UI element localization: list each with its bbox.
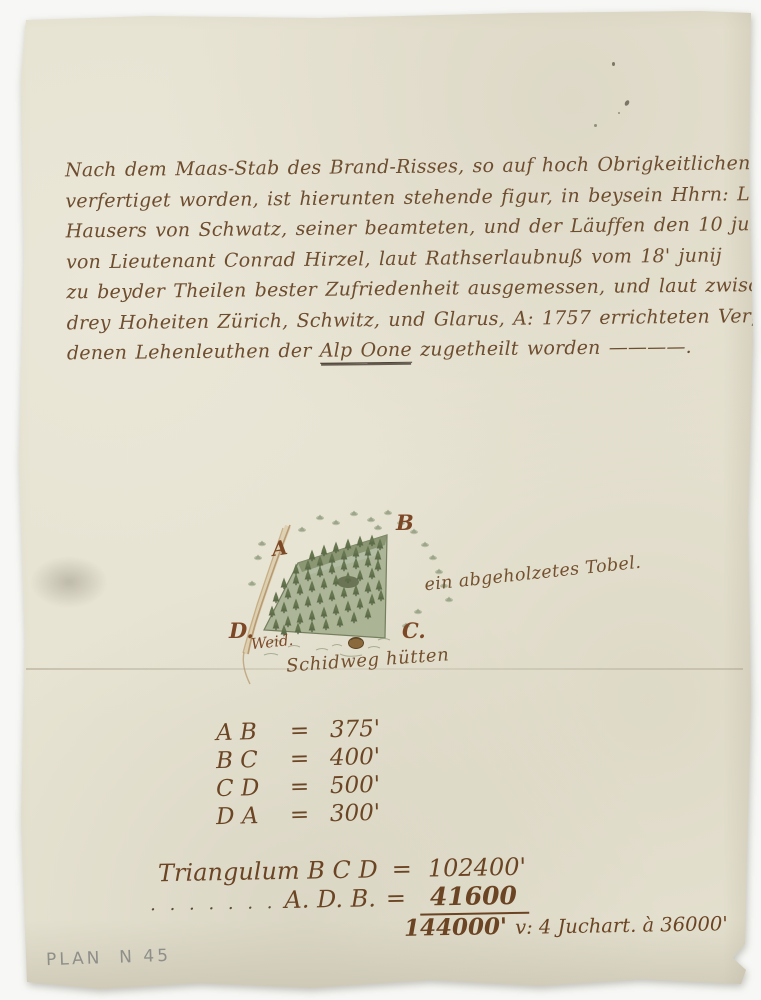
measurement-label: C D [216, 774, 291, 802]
equals-sign: = [290, 717, 331, 744]
paragraph-line7-suffix: zugetheilt worden ————. [412, 336, 692, 361]
corner-label-c: C. [402, 618, 426, 643]
scanned-document-page: Nach dem Maas-Stab des Brand-Risses, so … [0, 0, 761, 1000]
total-note: v: 4 Juchart. à 36000' [515, 912, 728, 939]
equals-sign: = [290, 745, 331, 772]
measurement-label: D A [216, 802, 291, 830]
paragraph-line7-prefix: denen Lehenleuthen der [67, 340, 320, 365]
measurement-value: 400' [330, 744, 381, 771]
measurement-row: A B = 375' [216, 716, 381, 746]
underlined-alp-name: Alp Oone [320, 339, 412, 364]
measurement-value: 375' [330, 716, 381, 743]
paper-sheet-wrap: Nach dem Maas-Stab des Brand-Risses, so … [0, 0, 761, 1000]
triangulum-value: 102400' [428, 853, 527, 883]
equals-sign: = [386, 884, 407, 912]
equals-sign: = [290, 773, 331, 800]
ink-speck [624, 99, 630, 106]
adb-value: 41600 [420, 881, 530, 916]
measurement-row: C D = 500' [216, 772, 381, 802]
measurement-label: B C [216, 746, 291, 774]
total-value: 144000' [404, 913, 508, 942]
equals-sign: = [290, 801, 331, 828]
handwritten-paragraph: Nach dem Maas-Stab des Brand-Risses, so … [65, 149, 717, 369]
measurement-label: A B [216, 718, 291, 746]
corner-label-a: A [270, 535, 289, 561]
corner-label-b: B [396, 510, 414, 535]
paper-sheet: Nach dem Maas-Stab des Brand-Risses, so … [0, 0, 761, 1000]
measurement-row: B C = 400' [216, 744, 381, 774]
archival-pencil-note: PLAN N 45 [46, 946, 172, 970]
leader-dots: . . . . . . . [150, 892, 277, 915]
adb-label: A. D. B. [284, 884, 376, 914]
smudge-stain [30, 556, 108, 608]
ink-speck [594, 124, 597, 127]
measurement-value: 500' [330, 772, 381, 799]
measurement-value: 300' [330, 800, 381, 827]
paragraph-line: denen Lehenleuthen der Alp Oone zugethei… [67, 332, 717, 369]
measurement-row: D A = 300' [216, 800, 381, 830]
ink-speck [618, 112, 620, 114]
equals-sign: = [392, 855, 413, 883]
total-line: 144000' v: 4 Juchart. à 36000' [404, 909, 728, 942]
ink-speck [612, 62, 615, 66]
triangulum-label: Triangulum B C D [158, 855, 378, 887]
hut [349, 638, 364, 649]
